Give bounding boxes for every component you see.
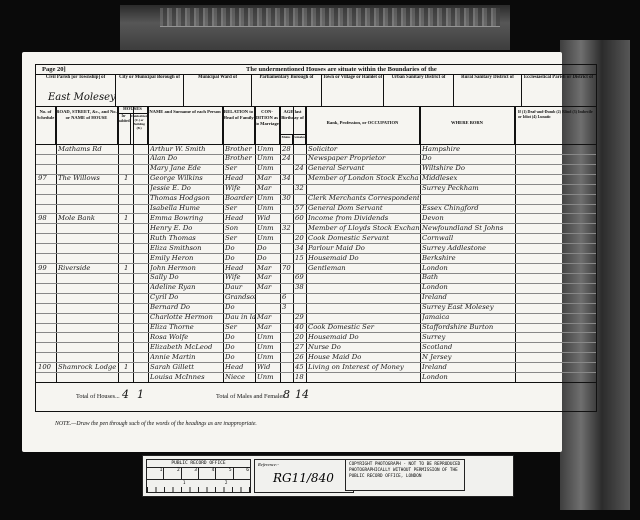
person-name: Ruth Thomas [150,234,222,244]
ruler-scale: 1 2 [147,480,250,492]
relation: Daur [225,283,255,293]
header-label: Ecclesiastical Parish or District of [524,75,593,80]
ward-header: Municipal Ward of [184,74,252,106]
condition: Unm [257,194,280,204]
schedule-number: 100 [38,363,55,373]
header-label: Civil Parish [or Township] of [46,75,105,80]
col-inhabited: In-habited [118,114,131,144]
urban-header: Urban Sanitary District of [384,74,454,106]
header-label: Rural Sanitary District of [461,75,514,80]
scale-number: 5 [216,468,233,479]
where-born: Devon [422,214,514,224]
where-born: Staffordshire Burton [422,323,514,333]
scale-number: 3 [182,468,199,479]
person-name: Rosa Wolfe [150,333,222,343]
where-born: London [422,264,514,274]
header-label: Municipal Ward of [198,75,237,80]
where-born: Cornwall [422,234,514,244]
rural-header: Rural Sanitary District of [454,74,522,106]
occupation: Income from Dividends [308,214,419,224]
occupation: Newspaper Proprietor [308,154,419,164]
column-header-row: No. of Schedule ROAD, STREET, &c., and N… [36,106,596,145]
person-name: Sarah Gillett [150,363,222,373]
houses-inhabited: 1 [124,174,132,184]
total-houses-uninhabited: 1 [137,388,144,401]
total-females: 14 [295,388,309,401]
person-name: Alan Do [150,154,222,164]
age-female: 38 [295,283,306,293]
person-name: Cyril Do [150,293,222,303]
relation: Do [225,333,255,343]
age-female: 20 [295,333,306,343]
reference-number: RG11/840 [273,471,334,485]
total-males: 8 [283,388,290,401]
age-male: 70 [282,264,293,274]
person-name: Louisa McInnes [150,373,222,383]
condition: Unm [257,164,280,174]
col-label: Rank, Profession, or OCCUPATION [327,120,399,125]
person-name: Thomas Hodgson [150,194,222,204]
scale-number: 1 [147,468,164,479]
ruler-label: 2 [225,480,227,485]
person-name: Adeline Ryan [150,283,222,293]
condition: Unm [257,224,280,234]
where-born: Middlesex [422,174,514,184]
relation: Do [225,254,255,264]
house-name: Riverside [58,264,118,274]
condition: Mar [257,184,280,194]
scale-number: 6 [234,468,250,479]
where-born: Bath [422,273,514,283]
reference-box: Reference:- RG11/840 [254,459,354,493]
occupation: General Servant [308,164,419,174]
relation: Brother [225,154,255,164]
age-female: 27 [295,343,306,353]
occupation: Parlour Maid Do [308,244,419,254]
age-female: 20 [295,234,306,244]
schedule-number: 97 [38,174,55,184]
person-name: Mary Jane Ede [150,164,222,174]
person-name: Emily Heron [150,254,222,264]
house-name: The Willows [58,174,118,184]
where-born: Surrey [422,333,514,343]
relation: Dau in law [225,313,255,323]
footnote: NOTE.—Draw the pen through such of the w… [55,421,257,427]
age-female: 45 [295,363,306,373]
census-sheet: Page 20] The undermentioned Houses are s… [35,64,597,412]
scale-number: 4 [199,468,216,479]
condition: Unm [257,154,280,164]
condition: Do [257,254,280,264]
occupation: Member of London Stock Exchange [308,174,419,184]
boundary-row: Civil Parish [or Township] of City or Mu… [36,74,596,107]
col-occupation: Rank, Profession, or OCCUPATION [306,106,420,144]
relation: Grandson [225,293,255,303]
col-label: NAME and Surname of each Person [149,109,220,114]
age-female: 69 [295,273,306,283]
occupation: Housemaid Do [308,254,419,264]
col-condition: CON-DITION as to Marriage [255,106,280,144]
where-born: Hampshire [422,145,514,155]
col-label: No. of Schedule [37,109,55,120]
person-name: Elizabeth McLeod [150,343,222,353]
age-female: 18 [295,373,306,383]
office-name: PUBLIC RECORD OFFICE [147,460,250,468]
copyright-notice: COPYRIGHT PHOTOGRAPH - NOT TO BE REPRODU… [345,459,465,491]
person-name: Sally Do [150,273,222,283]
condition: Unm [257,353,280,363]
col-schedule: No. of Schedule [36,106,56,144]
age-female: 60 [295,214,306,224]
where-born: Newfoundland St Johns [422,224,514,234]
house-name: Shamrock Lodge [58,363,118,373]
occupation: Housemaid Do [308,333,419,343]
schedule-number: 99 [38,264,55,274]
age-female: 34 [295,244,306,254]
age-female: 24 [295,164,306,174]
relation: Do [225,244,255,254]
scale-numbers: 1 2 3 4 5 6 [147,468,250,480]
person-name: Eliza Smithson [150,244,222,254]
houses-inhabited: 1 [124,363,132,373]
age-male: 32 [282,224,293,234]
condition: Do [257,244,280,254]
public-record-office-box: PUBLIC RECORD OFFICE 1 2 3 4 5 6 1 2 [146,459,251,493]
col-label: ROAD, STREET, &c., and No. or NAME of HO… [56,109,117,120]
where-born: Wiltshire Do [422,164,514,174]
occupation: Member of Lloyds Stock Exchange [308,224,419,234]
col-label: CON-DITION as to Marriage [255,109,279,126]
ecclesiastical-header: Ecclesiastical Parish or District of [522,74,595,106]
where-born: London [422,373,514,383]
relation: Head [225,214,255,224]
record-office-stamp: PUBLIC RECORD OFFICE 1 2 3 4 5 6 1 2 Ref… [142,455,514,497]
where-born: Surrey Peckham [422,184,514,194]
parliamentary-header: Parliamentary Borough of [252,74,322,106]
condition: Mar [257,174,280,184]
condition: Mar [257,264,280,274]
col-label: If (1) Deaf-and-Dumb (2) Blind (3) Imbec… [518,109,593,119]
where-born: Berkshire [422,254,514,264]
ruler-label: 1 [183,480,185,485]
houses-inhabited: 1 [124,214,132,224]
col-label: WHERE BORN [451,120,483,125]
relation: Head [225,363,255,373]
age-female: 40 [295,323,306,333]
person-name: Arthur W. Smith [150,145,222,155]
total-houses-label: Total of Houses... [76,393,120,400]
person-name: George Wilkins [150,174,222,184]
relation: Head [225,174,255,184]
civil-parish-value: East Molesey [48,92,116,103]
relation: Boarder [225,194,255,204]
condition: Unm [257,234,280,244]
relation: Brother [225,145,255,155]
condition: Unm [257,204,280,214]
header-label: City or Municipal Borough of [119,75,180,80]
where-born: Essex Chingford [422,204,514,214]
condition: Mar [257,273,280,283]
house-name: Mole Bank [58,214,118,224]
relation: Do [225,353,255,363]
header-label: Town or Village or Hamlet of [323,75,382,80]
total-houses-inhabited: 4 [122,388,129,401]
relation: Niece [225,373,255,383]
col-relation: RELATION to Head of Family [223,106,255,144]
header-label: Urban Sanitary District of [392,75,446,80]
header-label: Parliamentary Borough of [259,75,313,80]
age-female: 15 [295,254,306,264]
condition: Wid [257,214,280,224]
relation: Ser [225,234,255,244]
person-name: Charlotte Hermon [150,313,222,323]
occupation: General Dom Servant [308,204,419,214]
where-born: Ireland [422,363,514,373]
totals-row: Total of Houses... 4 1 Total of Males an… [36,382,596,412]
occupation: Gentleman [308,264,419,274]
col-where-born: WHERE BORN [420,106,515,144]
condition: Unm [257,373,280,383]
age-male: 30 [282,194,293,204]
relation: Do [225,343,255,353]
relation: Son [225,224,255,234]
col-road: ROAD, STREET, &c., and No. or NAME of HO… [56,106,118,144]
condition: Unm [257,145,280,155]
occupation: Cook Domestic Servant [308,234,419,244]
age-female: 57 [295,204,306,214]
condition: Mar [257,313,280,323]
relation: Wife [225,184,255,194]
where-born: Ireland [422,293,514,303]
condition: Mar [257,283,280,293]
city-header: City or Municipal Borough of [116,74,184,106]
condition: Unm [257,343,280,353]
where-born: Surrey Addlestone [422,244,514,254]
person-name: John Hermon [150,264,222,274]
age-female: 26 [295,353,306,363]
relation: Ser [225,323,255,333]
condition: Unm [257,333,280,343]
age-male: 6 [282,293,293,303]
col-name: NAME and Surname of each Person [148,106,223,144]
col-infirmity: If (1) Deaf-and-Dumb (2) Blind (3) Imbec… [515,106,595,144]
occupation: House Maid Do [308,353,419,363]
total-persons-label: Total of Males and Females... [216,393,289,400]
schedule-number: 98 [38,214,55,224]
census-rows: Mathams RdArthur W. SmithBrotherUnm28Sol… [36,144,596,382]
person-name: Isabella Hume [150,204,222,214]
col-label: RELATION to Head of Family [223,109,253,120]
age-male: 28 [282,145,293,155]
reference-label: Reference:- [258,462,279,467]
person-name: Emma Bowring [150,214,222,224]
occupation: Solicitor [308,145,419,155]
person-name: Bernard Do [150,303,222,313]
age-male: 3 [282,303,293,313]
person-name: Jessie E. Do [150,184,222,194]
where-born: London [422,283,514,293]
page-title: The undermentioned Houses are situate wi… [246,66,437,73]
where-born: Scotland [422,343,514,353]
houses-inhabited: 1 [124,264,132,274]
person-name: Eliza Thorne [150,323,222,333]
age-male: 34 [282,174,293,184]
scan-background-texture [160,8,500,27]
condition: Mar [257,323,280,333]
age-male: 24 [282,154,293,164]
town-header: Town or Village or Hamlet of [322,74,384,106]
relation: Wife [225,273,255,283]
condition: Wid [257,363,280,373]
where-born: Jamaica [422,313,514,323]
page-number: Page 20] [42,66,66,73]
occupation: Nurse Do [308,343,419,353]
relation: Ser [225,204,255,214]
where-born: Do [422,154,514,164]
scale-number: 2 [164,468,181,479]
occupation: Living on Interest of Money [308,363,419,373]
where-born: Surrey East Molesey [422,303,514,313]
house-name: Mathams Rd [58,145,118,155]
person-name: Henry E. Do [150,224,222,234]
relation: Ser [225,164,255,174]
occupation: Cook Domestic Ser [308,323,419,333]
relation: Head [225,264,255,274]
where-born: N Jersey [422,353,514,363]
age-female: 32 [295,184,306,194]
occupation: Clerk Merchants Correspondent [308,194,419,204]
relation: Do [225,303,255,313]
person-name: Annie Martin [150,353,222,363]
age-female: 29 [295,313,306,323]
